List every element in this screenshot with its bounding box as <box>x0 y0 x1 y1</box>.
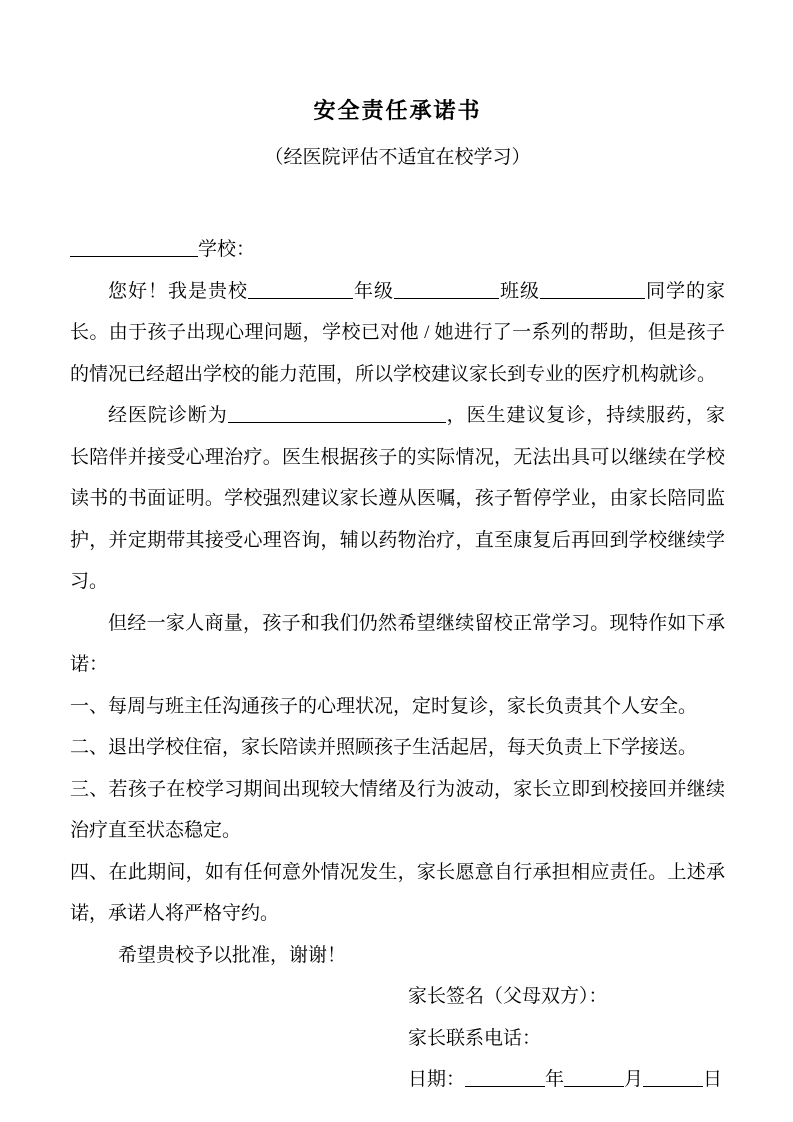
signature-block: 家长签名（父母双方）： 家长联系电话： 日期：年月日 <box>408 976 725 1101</box>
class-blank <box>394 280 499 299</box>
date-month-blank <box>564 1068 624 1087</box>
parent-signature-label: 家长签名（父母双方）： <box>408 976 725 1018</box>
document-page: 安全责任承诺书 （经医院评估不适宜在校学习） 学校： 您好！我是贵校年级班级同学… <box>0 0 793 1122</box>
commitment-item-4: 四、在此期间，如有任何意外情况发生，家长愿意自行承担相应责任。上述承诺，承诺人将… <box>70 852 725 935</box>
document-title: 安全责任承诺书 <box>70 96 725 126</box>
parent-phone-label: 家长联系电话： <box>408 1018 725 1060</box>
diagnosis-text-2: ，医生建议复诊，持续服药，家长陪伴并接受心理治疗。医生根据孩子的实际情况，无法出… <box>70 405 725 592</box>
document-subtitle: （经医院评估不适宜在校学习） <box>70 144 725 172</box>
student-name-blank <box>540 280 645 299</box>
salutation-line: 学校： <box>70 229 725 271</box>
paragraph-diagnosis: 经医院诊断为，医生建议复诊，持续服药，家长陪伴并接受心理治疗。医生根据孩子的实际… <box>70 395 725 603</box>
year-label: 年 <box>545 1069 564 1090</box>
paragraph-intro: 您好！我是贵校年级班级同学的家长。由于孩子出现心理问题，学校已对他 / 她进行了… <box>70 271 725 396</box>
date-year-blank <box>465 1068 545 1087</box>
commitment-item-3: 三、若孩子在校学习期间出现较大情绪及行为波动，家长立即到校接回并继续治疗直至状态… <box>70 769 725 852</box>
date-line: 日期：年月日 <box>408 1059 725 1101</box>
diagnosis-text-1: 经医院诊断为 <box>108 405 228 426</box>
commitment-item-2: 二、退出学校住宿，家长陪读并照顾孩子生活起居，每天负责上下学接送。 <box>70 727 725 769</box>
date-day-blank <box>643 1068 703 1087</box>
document-content: 安全责任承诺书 （经医院评估不适宜在校学习） 学校： 您好！我是贵校年级班级同学… <box>0 96 793 1101</box>
document-body: 学校： 您好！我是贵校年级班级同学的家长。由于孩子出现心理问题，学校已对他 / … <box>70 229 725 1101</box>
salutation-suffix: 学校： <box>198 239 255 260</box>
date-label: 日期： <box>408 1069 465 1090</box>
closing-line: 希望贵校予以批准，谢谢！ <box>70 935 725 977</box>
paragraph-decision: 但经一家人商量，孩子和我们仍然希望继续留校正常学习。现特作如下承诺： <box>70 603 725 686</box>
grade-blank <box>248 280 353 299</box>
intro-text-1: 您好！我是贵校 <box>108 281 248 302</box>
intro-text-2: 年级 <box>353 281 394 302</box>
month-label: 月 <box>624 1069 643 1090</box>
intro-text-3: 班级 <box>499 281 540 302</box>
school-name-blank <box>70 238 198 257</box>
commitment-item-1: 一、每周与班主任沟通孩子的心理状况，定时复诊，家长负责其个人安全。 <box>70 686 725 728</box>
diagnosis-blank <box>228 404 446 423</box>
day-label: 日 <box>703 1069 722 1090</box>
